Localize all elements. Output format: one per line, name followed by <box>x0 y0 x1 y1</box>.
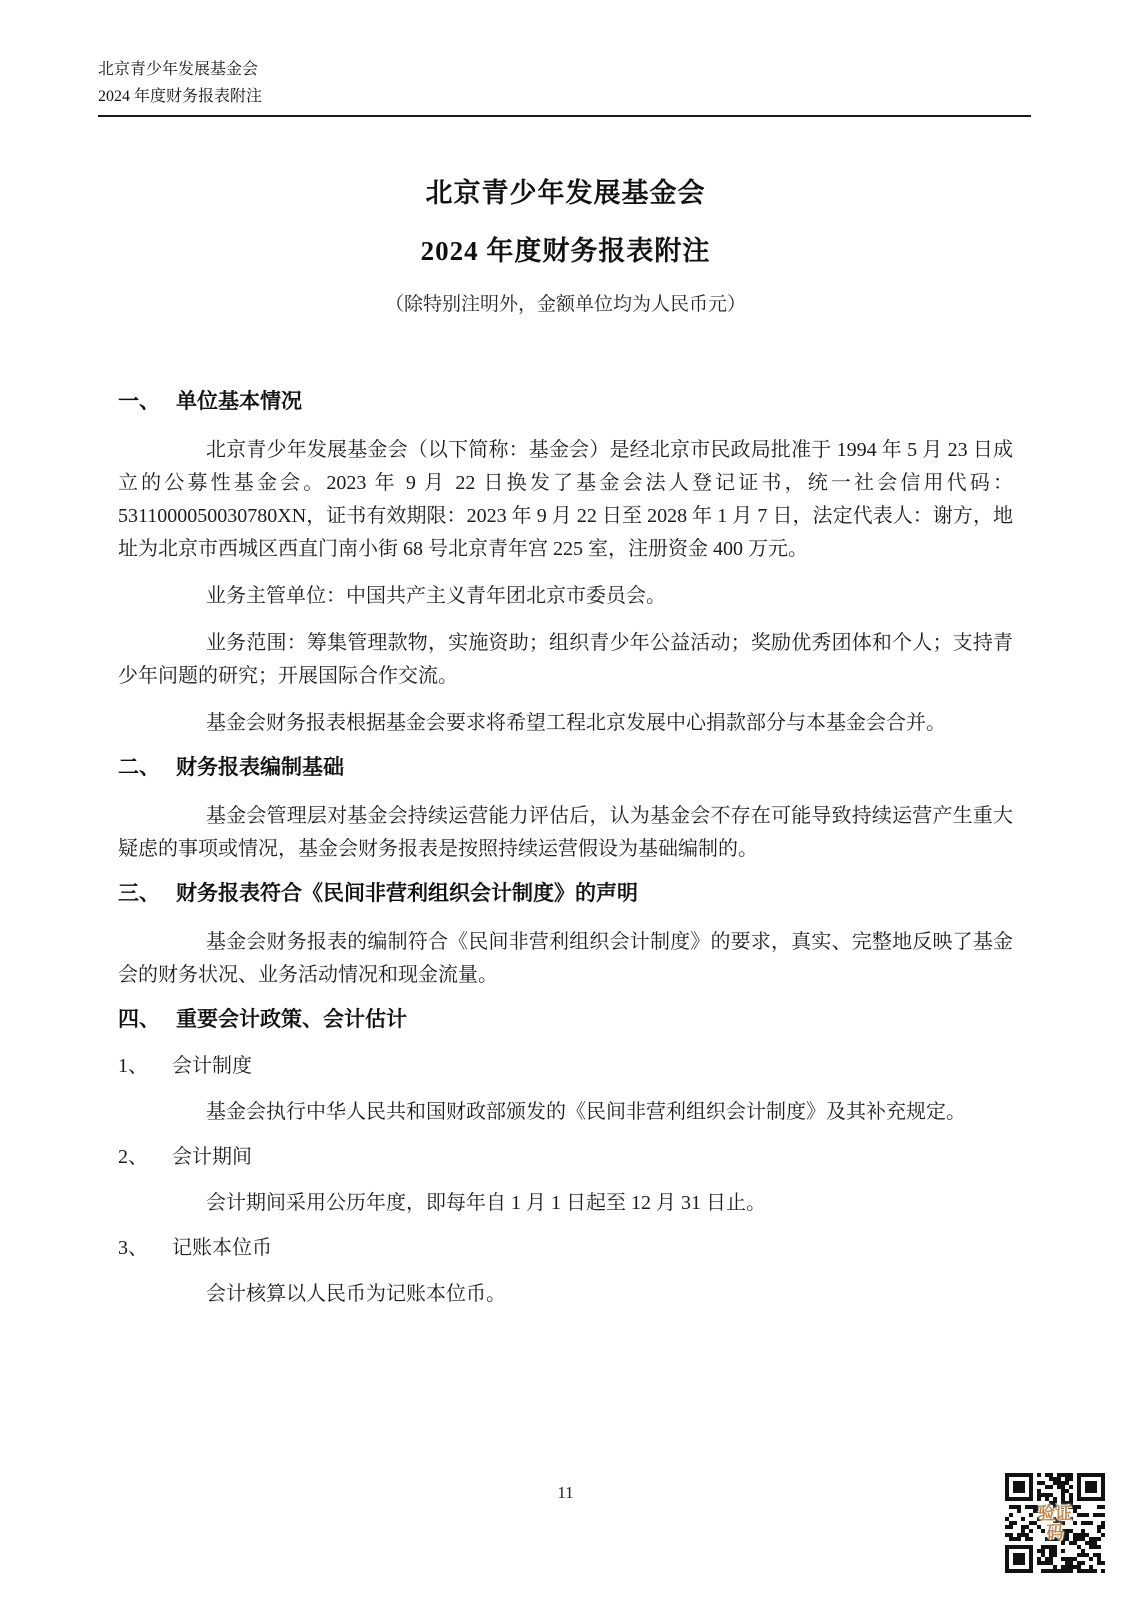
subsection-heading-1: 1、会计制度 <box>118 1052 1013 1080</box>
section-heading-2: 二、财务报表编制基础 <box>118 754 1013 782</box>
section-heading-4: 四、重要会计政策、会计估计 <box>118 1006 1013 1034</box>
section-title: 重要会计政策、会计估计 <box>176 1008 407 1031</box>
paragraph: 基金会执行中华人民共和国财政部颁发的《民间非营利组织会计制度》及其补充规定。 <box>118 1096 1013 1129</box>
paragraph: 业务范围：筹集管理款物，实施资助；组织青少年公益活动；奖励优秀团体和个人；支持青… <box>118 627 1013 693</box>
paragraph: 会计核算以人民币为记账本位币。 <box>118 1278 1013 1311</box>
subsection-title: 记账本位币 <box>172 1237 272 1259</box>
subsection-number: 3、 <box>118 1237 148 1259</box>
paragraph: 基金会财务报表根据基金会要求将希望工程北京发展中心捐款部分与本基金会合并。 <box>118 707 1013 740</box>
subsection-number: 1、 <box>118 1055 148 1077</box>
section-number: 四、 <box>118 1008 160 1031</box>
subsection-number: 2、 <box>118 1146 148 1168</box>
section-title: 财务报表编制基础 <box>176 756 344 779</box>
section-heading-1: 一、单位基本情况 <box>118 388 1013 416</box>
document-title-line1: 北京青少年发展基金会 <box>118 176 1013 210</box>
subsection-title: 会计期间 <box>172 1146 252 1168</box>
section-number: 二、 <box>118 756 160 779</box>
subsection-title: 会计制度 <box>172 1055 252 1077</box>
currency-note: （除特别注明外，金额单位均为人民币元） <box>118 292 1013 318</box>
section-number: 三、 <box>118 882 160 905</box>
subsection-heading-3: 3、记账本位币 <box>118 1234 1013 1262</box>
paragraph: 基金会财务报表的编制符合《民间非营利组织会计制度》的要求，真实、完整地反映了基金… <box>118 926 1013 992</box>
subsection-heading-2: 2、会计期间 <box>118 1143 1013 1171</box>
section-number: 一、 <box>118 390 160 413</box>
verification-qr-label: 验证码 <box>1033 1504 1077 1542</box>
paragraph: 北京青少年发展基金会（以下简称：基金会）是经北京市民政局批准于 1994 年 5… <box>118 434 1013 566</box>
document-page: 北京青少年发展基金会 2024 年度财务报表附注 北京青少年发展基金会 2024… <box>0 0 1131 1600</box>
section-heading-3: 三、财务报表符合《民间非营利组织会计制度》的声明 <box>118 880 1013 908</box>
document-body: 北京青少年发展基金会 2024 年度财务报表附注 （除特别注明外，金额单位均为人… <box>118 0 1013 1325</box>
verification-stamp: 验证码 <box>1003 1471 1107 1575</box>
section-title: 财务报表符合《民间非营利组织会计制度》的声明 <box>176 882 638 905</box>
document-title-line2: 2024 年度财务报表附注 <box>118 234 1013 268</box>
paragraph: 业务主管单位：中国共产主义青年团北京市委员会。 <box>118 580 1013 613</box>
paragraph: 会计期间采用公历年度，即每年自 1 月 1 日起至 12 月 31 日止。 <box>118 1187 1013 1220</box>
section-title: 单位基本情况 <box>176 390 302 413</box>
page-number: 11 <box>118 1483 1013 1503</box>
paragraph: 基金会管理层对基金会持续运营能力评估后，认为基金会不存在可能导致持续运营产生重大… <box>118 800 1013 866</box>
